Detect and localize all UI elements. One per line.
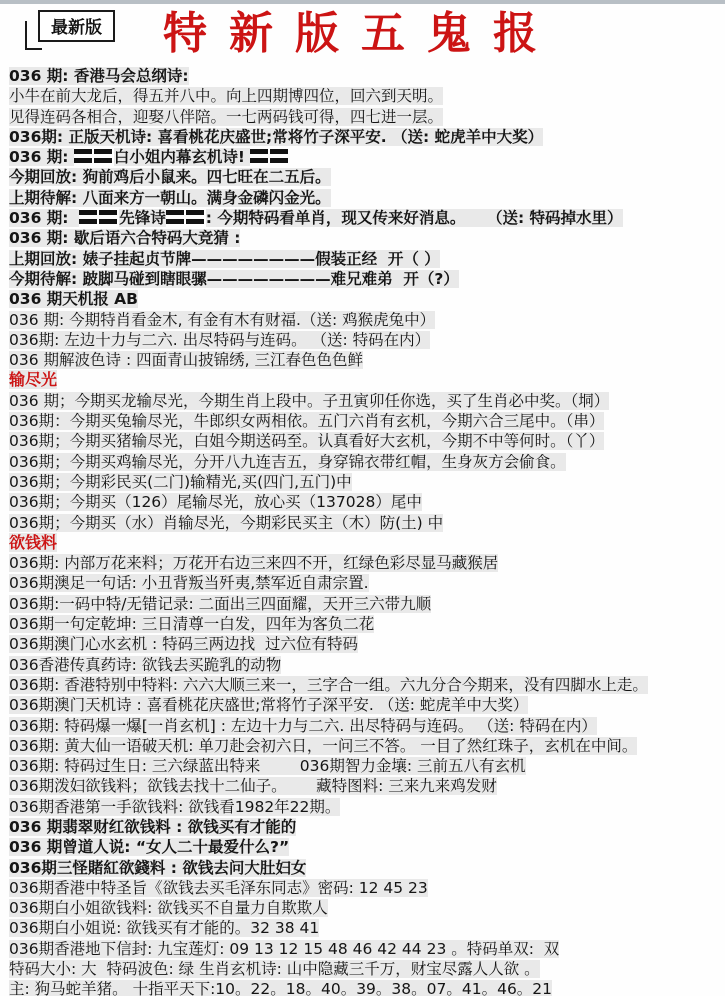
page-title: 特新版五鬼报 bbox=[126, 8, 596, 60]
report-line: 036期白小姐欲钱料: 欲钱买不自量力自欺欺人 bbox=[9, 898, 721, 918]
line-text: 036 期: 香港马会总纲诗: bbox=[9, 67, 189, 85]
five-ghost-report-page: 最新版 特新版五鬼报 036 期: 香港马会总纲诗:小牛在前大龙后，得五并八中。… bbox=[0, 0, 725, 996]
line-text: 036期一句定乾坤: 三日清尊一白发，四年为客负二花 bbox=[9, 615, 374, 633]
report-line: 036 期: 白小姐内幕玄机诗! bbox=[9, 147, 721, 167]
line-text: : 今期特码看单肖，现又传来好消息。 （送: 特码掉水里） bbox=[206, 209, 623, 227]
double-bar-icon bbox=[166, 210, 206, 224]
line-text: 036期三怪賭紅欲錢料 : 欲钱去问大肚妇女 bbox=[9, 859, 306, 877]
report-line: 036 期；今期买龙输尽光，今期生肖上段中。子丑寅卯任你选，买了生肖必中奖。（垌… bbox=[9, 391, 721, 411]
report-line: 036期澳门天机诗 : 喜看桃花庆盛世;常将竹子深平安. （送: 蛇虎羊中大奖） bbox=[9, 695, 721, 715]
line-text: 036期香港地下信封: 九宝莲灯: 09 13 12 15 48 46 42 4… bbox=[9, 940, 559, 958]
report-line: 036期澳门心水玄机 : 特码三两边找 过六位有特码 bbox=[9, 634, 721, 654]
report-line: 036期: 特码爆一爆[一肖玄机] : 左边十力与二六. 出尽特码与连码。 （送… bbox=[9, 716, 721, 736]
line-text: 上期待解: 八面来方一朝山。满身金磷闪金光。 bbox=[9, 189, 331, 207]
report-line: 036 期: 今期特肖看金木, 有金有木有财福.（送: 鸡猴虎兔中） bbox=[9, 310, 721, 330]
report-line: 036 期: 先锋诗: 今期特码看单肖，现又传来好消息。 （送: 特码掉水里） bbox=[9, 208, 721, 228]
section-heading: 欲钱料 bbox=[9, 533, 721, 553]
report-body: 036 期: 香港马会总纲诗:小牛在前大龙后，得五并八中。向上四期博四位，回六到… bbox=[8, 66, 721, 996]
report-line: 036 期解波色诗 : 四面青山披锦绣, 三江春色色色鲜 bbox=[9, 350, 721, 370]
line-text: 欲钱料 bbox=[9, 533, 57, 552]
report-line: 036期一句定乾坤: 三日清尊一白发，四年为客负二花 bbox=[9, 614, 721, 634]
report-line: 上期回放: 婊子挂起贞节牌————————假装正经 开（ ） bbox=[9, 249, 721, 269]
line-text: 036期澳门天机诗 : 喜看桃花庆盛世;常将竹子深平安. （送: 蛇虎羊中大奖） bbox=[9, 696, 528, 714]
report-line: 主: 狗马蛇羊猪。 十指平天下:10。22。18。40。39。38。07。41。… bbox=[9, 979, 721, 996]
line-text: 036 期翡翠财红欲钱料 : 欲钱买有才能的 bbox=[9, 818, 296, 836]
line-text: 见得连码各相合，迎娶八伴陪。一七两码钱可得，四七进一层。 bbox=[9, 108, 443, 126]
line-text: 036期: 正版天机诗: 喜看桃花庆盛世;常将竹子深平安. （送: 蛇虎羊中大奖… bbox=[9, 128, 543, 146]
report-line: 036 期天机报 AB bbox=[9, 289, 721, 309]
line-text: 今期待解: 跛脚马碰到瞎眼骡————————难兄难弟 开（?） bbox=[9, 270, 459, 288]
line-text: 036期: 黄大仙一语破天机: 单刀赴会初六日，一问三不答。 一目了然红珠子，玄… bbox=[9, 737, 637, 755]
line-text: 036期:一码中特/无错记录: 二面出三四面耀，天开三六带九顺 bbox=[9, 595, 431, 613]
line-text: 主: 狗马蛇羊猪。 十指平天下:10。22。18。40。39。38。07。41。… bbox=[9, 980, 552, 996]
report-line: 036期: 香港特别中特料: 六六大顺三来一，三字合一组。六九分合今期来，没有四… bbox=[9, 675, 721, 695]
line-text: 白小姐内幕玄机诗! bbox=[114, 148, 250, 166]
line-text: 先锋诗 bbox=[119, 209, 166, 227]
bar-glyph bbox=[186, 210, 204, 224]
report-line: 036期泼妇欲钱料；欲钱去找十二仙子。 藏特图料: 三来九来鸡发财 bbox=[9, 776, 721, 796]
line-text: 036期香港中特圣旨《欲钱去买毛泽东同志》密码: 12 45 23 bbox=[9, 879, 428, 897]
line-text: 036 期: 今期特肖看金木, 有金有木有财福.（送: 鸡猴虎兔中） bbox=[9, 311, 435, 329]
latest-version-badge: 最新版 bbox=[38, 10, 115, 42]
line-text: 036 期曾道人说: “女人二十最爱什么?” bbox=[9, 838, 289, 856]
report-line: 036期香港中特圣旨《欲钱去买毛泽东同志》密码: 12 45 23 bbox=[9, 878, 721, 898]
report-line: 036期香港地下信封: 九宝莲灯: 09 13 12 15 48 46 42 4… bbox=[9, 939, 721, 959]
line-text: 今期回放: 狗前鸡后小鼠来。四七旺在二五后。 bbox=[9, 168, 331, 186]
line-text: 036期: 左边十力与二六. 出尽特码与连码。 （送: 特码在内） bbox=[9, 331, 430, 349]
line-text: 036期；今期彩民买(二门)输精光,买(四门,五门)中 bbox=[9, 473, 352, 491]
line-text: 036期澳门心水玄机 : 特码三两边找 过六位有特码 bbox=[9, 635, 358, 653]
report-line: 036 期: 香港马会总纲诗: bbox=[9, 66, 721, 86]
report-line: 036期: 正版天机诗: 喜看桃花庆盛世;常将竹子深平安. （送: 蛇虎羊中大奖… bbox=[9, 127, 721, 147]
report-line: 036期：今期买兔输尽光，牛郎织女两相依。五门六肖有玄机，今期六合三尾中。（串） bbox=[9, 411, 721, 431]
report-line: 036期: 特码过生日: 三六绿蓝出特来 036期智力金壤: 三前五八有玄机 bbox=[9, 756, 721, 776]
bar-glyph bbox=[79, 210, 97, 224]
bar-glyph bbox=[270, 149, 288, 163]
line-text: 036期：今期买兔输尽光，牛郎织女两相依。五门六肖有玄机，今期六合三尾中。（串） bbox=[9, 412, 604, 430]
line-text: 036期澳足一句话: 小丑背叛当歼夷,禁军近自肃宗置. bbox=[9, 574, 369, 592]
report-header: 最新版 特新版五鬼报 bbox=[8, 6, 721, 64]
report-line: 036期白小姐说: 欲钱买有才能的。32 38 41 bbox=[9, 918, 721, 938]
report-line: 今期回放: 狗前鸡后小鼠来。四七旺在二五后。 bbox=[9, 167, 721, 187]
line-text: 036期泼妇欲钱料；欲钱去找十二仙子。 藏特图料: 三来九来鸡发财 bbox=[9, 777, 497, 795]
report-line: 036 期翡翠财红欲钱料 : 欲钱买有才能的 bbox=[9, 817, 721, 837]
bar-glyph bbox=[250, 149, 268, 163]
line-text: 036 期: bbox=[9, 209, 79, 227]
line-text: 上期回放: 婊子挂起贞节牌————————假装正经 开（ ） bbox=[9, 250, 440, 268]
bar-glyph bbox=[166, 210, 184, 224]
bar-glyph bbox=[99, 210, 117, 224]
report-line: 036期:一码中特/无错记录: 二面出三四面耀，天开三六带九顺 bbox=[9, 594, 721, 614]
report-line: 036期；今期买（126）尾输尽光，放心买（137028）尾中 bbox=[9, 492, 721, 512]
bar-glyph bbox=[94, 149, 112, 163]
report-line: 036期；今期买（水）肖输尽光，今期彩民买主（木）防(土) 中 bbox=[9, 513, 721, 533]
report-line: 036期；今期彩民买(二门)输精光,买(四门,五门)中 bbox=[9, 472, 721, 492]
line-text: 036期: 特码爆一爆[一肖玄机] : 左边十力与二六. 出尽特码与连码。 （送… bbox=[9, 717, 597, 735]
report-line: 上期待解: 八面来方一朝山。满身金磷闪金光。 bbox=[9, 188, 721, 208]
line-text: 036期；今期买（126）尾输尽光，放心买（137028）尾中 bbox=[9, 493, 422, 511]
report-line: 036期: 左边十力与二六. 出尽特码与连码。 （送: 特码在内） bbox=[9, 330, 721, 350]
line-text: 036 期: bbox=[9, 148, 74, 166]
line-text: 036期；今期买鸡输尽光，分开八九连吉五，身穿锦衣带红帽，生身灰方会偷食。 bbox=[9, 453, 566, 471]
bar-glyph bbox=[74, 149, 92, 163]
report-line: 036期澳足一句话: 小丑背叛当歼夷,禁军近自肃宗置. bbox=[9, 573, 721, 593]
line-text: 036期；今期买猪输尽光，白姐今期送码至。认真看好大玄机，今期不中等何时。（丫） bbox=[9, 432, 604, 450]
report-line: 036 期曾道人说: “女人二十最爱什么?” bbox=[9, 837, 721, 857]
double-bar-icon bbox=[74, 149, 114, 163]
report-line: 036 期: 歇后语六合特码大竞猜 : bbox=[9, 228, 721, 248]
report-line: 036期三怪賭紅欲錢料 : 欲钱去问大肚妇女 bbox=[9, 858, 721, 878]
report-line: 今期待解: 跛脚马碰到瞎眼骡————————难兄难弟 开（?） bbox=[9, 269, 721, 289]
line-text: 036期白小姐欲钱料: 欲钱买不自量力自欺欺人 bbox=[9, 899, 328, 917]
section-heading: 输尽光 bbox=[9, 370, 721, 390]
line-text: 036香港传真药诗: 欲钱去买跪乳的动物 bbox=[9, 656, 281, 674]
line-text: 036期: 内部万花来料；万花开右边三来四不开，红绿色彩尽显马藏猴居 bbox=[9, 554, 498, 572]
double-bar-icon bbox=[79, 210, 119, 224]
report-line: 036香港传真药诗: 欲钱去买跪乳的动物 bbox=[9, 655, 721, 675]
line-text: 输尽光 bbox=[9, 370, 57, 389]
report-line: 036期: 内部万花来料；万花开右边三来四不开，红绿色彩尽显马藏猴居 bbox=[9, 553, 721, 573]
line-text: 小牛在前大龙后，得五并八中。向上四期博四位，回六到天明。 bbox=[9, 87, 443, 105]
line-text: 036 期解波色诗 : 四面青山披锦绣, 三江春色色色鲜 bbox=[9, 351, 363, 369]
report-line: 036期香港第一手欲钱料: 欲钱看1982年22期。 bbox=[9, 797, 721, 817]
report-line: 特码大小: 大 特码波色: 绿 生肖玄机诗: 山中隐藏三千万，财宝尽露人人欲 。 bbox=[9, 959, 721, 979]
line-text: 036 期；今期买龙输尽光，今期生肖上段中。子丑寅卯任你选，买了生肖必中奖。（垌… bbox=[9, 392, 609, 410]
double-bar-icon bbox=[250, 149, 290, 163]
line-text: 036期白小姐说: 欲钱买有才能的。32 38 41 bbox=[9, 919, 319, 937]
report-line: 036期；今期买鸡输尽光，分开八九连吉五，身穿锦衣带红帽，生身灰方会偷食。 bbox=[9, 452, 721, 472]
line-text: 036期: 特码过生日: 三六绿蓝出特来 036期智力金壤: 三前五八有玄机 bbox=[9, 757, 526, 775]
report-line: 036期；今期买猪输尽光，白姐今期送码至。认真看好大玄机，今期不中等何时。（丫） bbox=[9, 431, 721, 451]
report-line: 036期: 黄大仙一语破天机: 单刀赴会初六日，一问三不答。 一目了然红珠子，玄… bbox=[9, 736, 721, 756]
line-text: 036期香港第一手欲钱料: 欲钱看1982年22期。 bbox=[9, 798, 340, 816]
report-line: 小牛在前大龙后，得五并八中。向上四期博四位，回六到天明。 bbox=[9, 86, 721, 106]
line-text: 特码大小: 大 特码波色: 绿 生肖玄机诗: 山中隐藏三千万，财宝尽露人人欲 。 bbox=[9, 960, 540, 978]
line-text: 036期；今期买（水）肖输尽光，今期彩民买主（木）防(土) 中 bbox=[9, 514, 443, 532]
line-text: 036 期天机报 AB bbox=[9, 290, 138, 308]
report-line: 见得连码各相合，迎娶八伴陪。一七两码钱可得，四七进一层。 bbox=[9, 107, 721, 127]
line-text: 036期: 香港特别中特料: 六六大顺三来一，三字合一组。六九分合今期来，没有四… bbox=[9, 676, 648, 694]
line-text: 036 期: 歇后语六合特码大竞猜 : bbox=[9, 229, 240, 247]
